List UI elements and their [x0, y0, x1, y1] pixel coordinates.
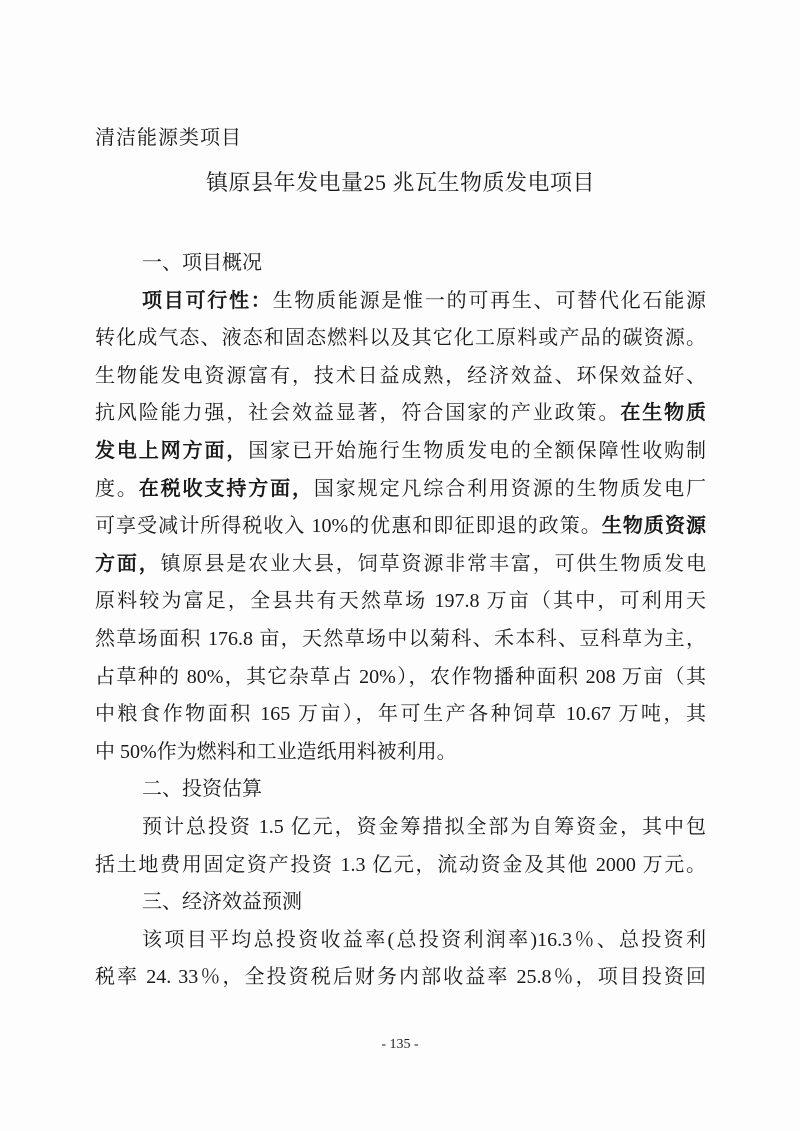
document-body: 一、项目概况项目可行性：生物质能源是惟一的可再生、可替代化石能源转化成气态、液态… — [95, 245, 706, 997]
category-label: 清洁能源类项目 — [95, 125, 706, 151]
text-line: 括土地费用固定资产投资 1.3 亿元，流动资金及其他 2000 万元。 — [95, 847, 706, 885]
document-title: 镇原县年发电量25 兆瓦生物质发电项目 — [95, 169, 706, 197]
text-run: 转化成气态、液态和固态燃料以及其它化工原料或产品的碳资源。 — [95, 327, 706, 349]
text-line: 税率 24. 33％，全投资税后财务内部收益率 25.8％，项目投资回 — [95, 959, 706, 997]
text-line: 中粮食作物面积 165 万亩），年可生产各种饲草 10.67 万吨，其 — [95, 696, 706, 734]
text-run: 预计总投资 1.5 亿元，资金筹措拟全部为自筹资金，其中包 — [142, 816, 706, 838]
text-line: 然草场面积 176.8 亩，天然草场中以菊科、禾本科、豆科草为主， — [95, 621, 706, 659]
text-line: 该项目平均总投资收益率(总投资利润率)16.3％、总投资利 — [95, 922, 706, 960]
text-run: 该项目平均总投资收益率(总投资利润率)16.3％、总投资利 — [142, 929, 706, 951]
text-run: 二、投资估算 — [142, 778, 262, 800]
text-run: 生物能发电资源富有，技术日益成熟，经济效益、环保效益好、 — [95, 365, 706, 387]
text-run: 度。 — [95, 478, 139, 500]
document-page: 清洁能源类项目 镇原县年发电量25 兆瓦生物质发电项目 一、项目概况项目可行性：… — [0, 0, 800, 1131]
text-run: 占草种的 80%，其它杂草占 20%），农作物播种面积 208 万亩（其 — [95, 666, 706, 688]
text-run: 一、项目概况 — [142, 252, 262, 274]
text-line: 方面，镇原县是农业大县，饲草资源非常丰富，可供生物质发电 — [95, 546, 706, 584]
text-run: 中粮食作物面积 165 万亩），年可生产各种饲草 10.67 万吨，其 — [95, 703, 706, 725]
text-run: 可享受减计所得税收入 10%的优惠和即征即退的政策。 — [95, 515, 602, 537]
text-line: 发电上网方面，国家已开始施行生物质发电的全额保障性收购制 — [95, 433, 706, 471]
text-run: 国家规定凡综合利用资源的生物质发电厂 — [314, 478, 706, 500]
text-line: 度。在税收支持方面，国家规定凡综合利用资源的生物质发电厂 — [95, 471, 706, 509]
text-line: 占草种的 80%，其它杂草占 20%），农作物播种面积 208 万亩（其 — [95, 659, 706, 697]
text-run: 镇原县是农业大县，饲草资源非常丰富，可供生物质发电 — [161, 553, 706, 575]
text-line: 转化成气态、液态和固态燃料以及其它化工原料或产品的碳资源。 — [95, 320, 706, 358]
text-run: 中 50%作为燃料和工业造纸用料被利用。 — [95, 741, 457, 763]
bold-text-run: 方面， — [95, 553, 161, 575]
text-line: 生物能发电资源富有，技术日益成熟，经济效益、环保效益好、 — [95, 358, 706, 396]
text-line: 一、项目概况 — [95, 245, 706, 283]
text-run: 税率 24. 33％，全投资税后财务内部收益率 25.8％，项目投资回 — [95, 966, 706, 988]
document-content: 清洁能源类项目 镇原县年发电量25 兆瓦生物质发电项目 一、项目概况项目可行性：… — [95, 0, 706, 997]
text-line: 预计总投资 1.5 亿元，资金筹措拟全部为自筹资金，其中包 — [95, 809, 706, 847]
text-line: 二、投资估算 — [95, 771, 706, 809]
page-number: - 135 - — [0, 1036, 800, 1054]
text-run: 国家已开始施行生物质发电的全额保障性收购制 — [248, 440, 706, 462]
text-line: 抗风险能力强，社会效益显著，符合国家的产业政策。在生物质 — [95, 395, 706, 433]
text-run: 生物质能源是惟一的可再生、可替代化石能源 — [273, 290, 706, 312]
text-line: 三、经济效益预测 — [95, 884, 706, 922]
bold-text-run: 项目可行性： — [142, 290, 273, 312]
text-run: 括土地费用固定资产投资 1.3 亿元，流动资金及其他 2000 万元。 — [95, 854, 706, 876]
text-run: 三、经济效益预测 — [142, 891, 302, 913]
bold-text-run: 生物质资源 — [602, 515, 706, 537]
bold-text-run: 在税收支持方面， — [139, 478, 314, 500]
text-run: 原料较为富足，全县共有天然草场 197.8 万亩（其中，可利用天 — [95, 590, 706, 612]
text-run: 抗风险能力强，社会效益显著，符合国家的产业政策。 — [95, 402, 620, 424]
bold-text-run: 发电上网方面， — [95, 440, 248, 462]
text-line: 原料较为富足，全县共有天然草场 197.8 万亩（其中，可利用天 — [95, 583, 706, 621]
text-line: 可享受减计所得税收入 10%的优惠和即征即退的政策。生物质资源 — [95, 508, 706, 546]
text-line: 中 50%作为燃料和工业造纸用料被利用。 — [95, 734, 706, 772]
text-line: 项目可行性：生物质能源是惟一的可再生、可替代化石能源 — [95, 283, 706, 321]
bold-text-run: 在生物质 — [620, 402, 706, 424]
text-run: 然草场面积 176.8 亩，天然草场中以菊科、禾本科、豆科草为主， — [95, 628, 706, 650]
